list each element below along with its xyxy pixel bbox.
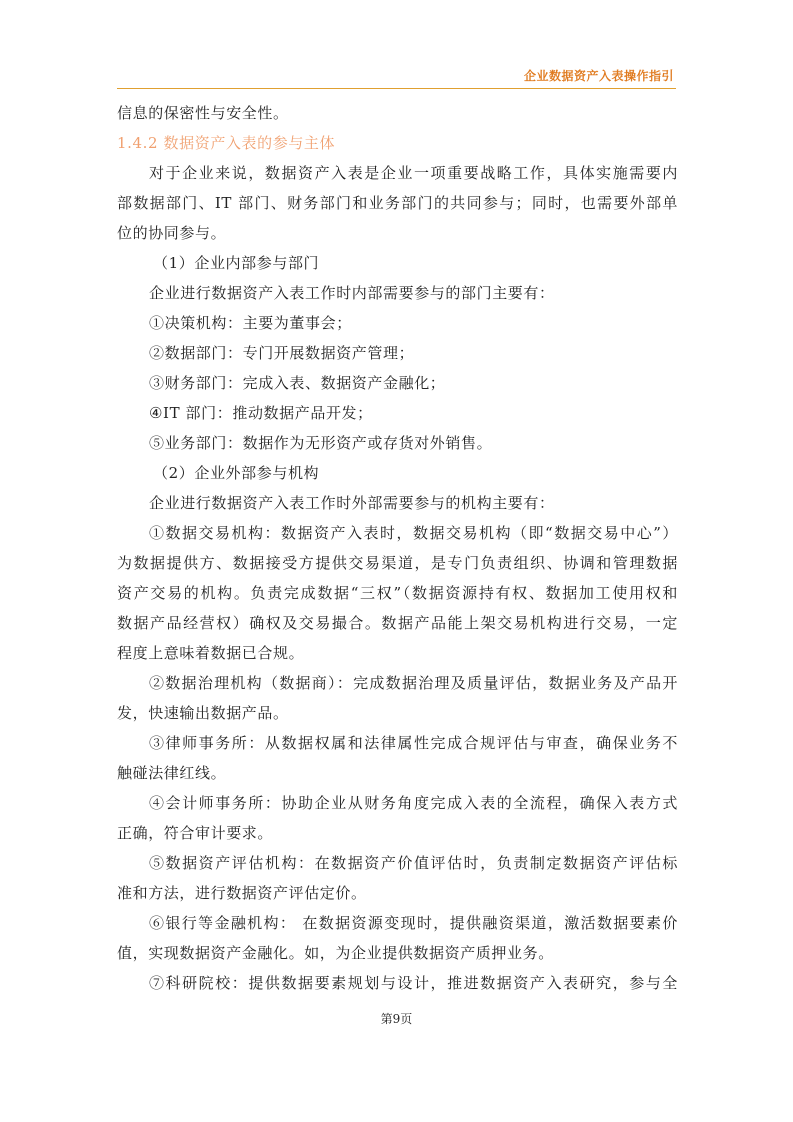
list-item: ③财务部门：完成入表、数据资产金融化； (117, 368, 678, 398)
page-body: 信息的保密性与安全性。 1.4.2 数据资产入表的参与主体 对于企业来说，数据资… (117, 98, 678, 998)
paragraph-line: 正确，符合审计要求。 (117, 818, 678, 848)
header-title: 企业数据资产入表操作指引 (524, 67, 674, 84)
list-item: ②数据部门：专门开展数据资产管理； (117, 338, 678, 368)
paragraph-line: 信息的保密性与安全性。 (117, 98, 678, 128)
paragraph-line: 触碰法律红线。 (117, 758, 678, 788)
list-item: ①决策机构：主要为董事会； (117, 308, 678, 338)
paragraph-line: 部数据部门、IT 部门、财务部门和业务部门的共同参与；同时，也需要外部单 (117, 188, 678, 218)
paragraph-line: 位的协同参与。 (117, 218, 678, 248)
paragraph-line: 值，实现数据资产金融化。如，为企业提供数据资产质押业务。 (117, 938, 678, 968)
paragraph-line: 程度上意味着数据已合规。 (117, 638, 678, 668)
list-item: ⑤业务部门：数据作为无形资产或存货对外销售。 (117, 428, 678, 458)
paragraph-line: 企业进行数据资产入表工作时内部需要参与的部门主要有： (117, 278, 678, 308)
list-item: ②数据治理机构（数据商）：完成数据治理及质量评估，数据业务及产品开 (117, 668, 678, 698)
list-item: ③律师事务所：从数据权属和法律属性完成合规评估与审查，确保业务不 (117, 728, 678, 758)
subsection-heading: （2）企业外部参与机构 (117, 458, 678, 488)
paragraph-line: 资产交易的机构。负责完成数据“三权”（数据资源持有权、数据加工使用权和 (117, 578, 678, 608)
list-item: ⑦科研院校：提供数据要素规划与设计，推进数据资产入表研究，参与全 (117, 968, 678, 998)
list-item: ①数据交易机构：数据资产入表时，数据交易机构（即“数据交易中心”） (117, 518, 678, 548)
list-item: ④IT 部门：推动数据产品开发； (117, 398, 678, 428)
list-item: ⑥银行等金融机构： 在数据资源变现时，提供融资渠道，激活数据要素价 (117, 908, 678, 938)
paragraph-line: 发，快速输出数据产品。 (117, 698, 678, 728)
list-item: ⑤数据资产评估机构：在数据资产价值评估时，负责制定数据资产评估标 (117, 848, 678, 878)
section-heading: 1.4.2 数据资产入表的参与主体 (117, 128, 678, 158)
page-number: 第9页 (0, 1010, 793, 1027)
paragraph-line: 准和方法，进行数据资产评估定价。 (117, 878, 678, 908)
subsection-heading: （1）企业内部参与部门 (117, 248, 678, 278)
paragraph-line: 为数据提供方、数据接受方提供交易渠道，是专门负责组织、协调和管理数据 (117, 548, 678, 578)
paragraph-line: 数据产品经营权）确权及交易撮合。数据产品能上架交易机构进行交易，一定 (117, 608, 678, 638)
paragraph-line: 企业进行数据资产入表工作时外部需要参与的机构主要有： (117, 488, 678, 518)
paragraph-line: 对于企业来说，数据资产入表是企业一项重要战略工作，具体实施需要内 (117, 158, 678, 188)
running-header: 企业数据资产入表操作指引 (117, 62, 676, 89)
list-item: ④会计师事务所：协助企业从财务角度完成入表的全流程，确保入表方式 (117, 788, 678, 818)
